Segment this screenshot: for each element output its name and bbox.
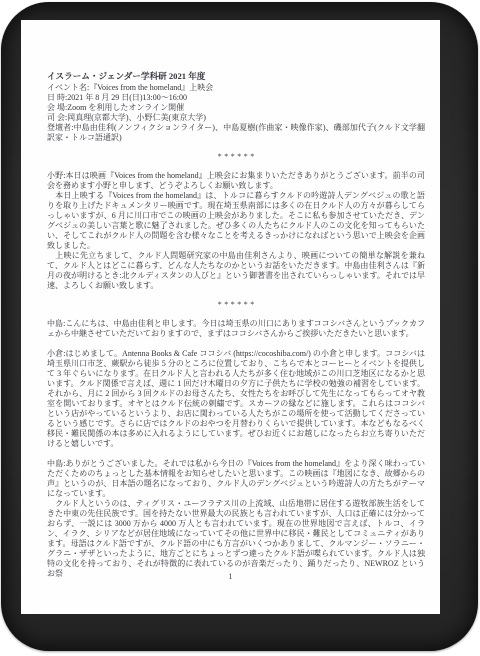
paragraph: 本日上映する『Voices from the homeland』は、トルコに暮ら… xyxy=(47,191,425,251)
paragraph: 上映に先立ちまして、クルド人問題研究家の中島由佳利さんより、映画についての簡単な… xyxy=(47,251,425,291)
page-number: 1 xyxy=(21,572,440,581)
document-title: イスラーム・ジェンダー学科研 2021 年度 xyxy=(47,71,425,81)
header-speakers: 登壇者:中島由佳利(ノンフィクションライター)、中島夏樹(作曲家・映像作家)、磯… xyxy=(47,123,425,143)
document-frame: イスラーム・ジェンダー学科研 2021 年度 イベント名:『Voices fro… xyxy=(1,2,478,651)
asterisk-separator: ****** xyxy=(47,300,425,310)
asterisk-separator: ****** xyxy=(47,152,425,162)
header-event-name: イベント名:『Voices from the homeland』上映会 xyxy=(47,83,425,93)
paragraph: 中島:ありがとうございました。それでは私から今日の『Voices from th… xyxy=(47,459,425,499)
paragraph: 中島:こんにちは、中島由佳利と申します。今日は埼玉県の川口にありますココシバさん… xyxy=(47,319,425,339)
page-content: イスラーム・ジェンダー学科研 2021 年度 イベント名:『Voices fro… xyxy=(47,71,425,579)
document-page: イスラーム・ジェンダー学科研 2021 年度 イベント名:『Voices fro… xyxy=(21,20,440,614)
paragraph: クルド人というのは、ティグリス・ユーフラテス川の上流域、山岳地帯に居住する遊牧部… xyxy=(47,499,425,579)
header-moderators: 司 会:岡真理(京都大学)、小野仁美(東京大学) xyxy=(47,113,425,123)
header-venue: 会 場:Zoom を利用したオンライン開催 xyxy=(47,103,425,113)
paragraph: 小倉:はじめまして。Antenna Books & Cafe ココシバ (htt… xyxy=(47,349,425,449)
header-datetime: 日 時:2021 年 8 月 29 日(日)13:00〜16:00 xyxy=(47,93,425,103)
paragraph: 小野:本日は映画『Voices from the homeland』上映会にお集… xyxy=(47,171,425,191)
